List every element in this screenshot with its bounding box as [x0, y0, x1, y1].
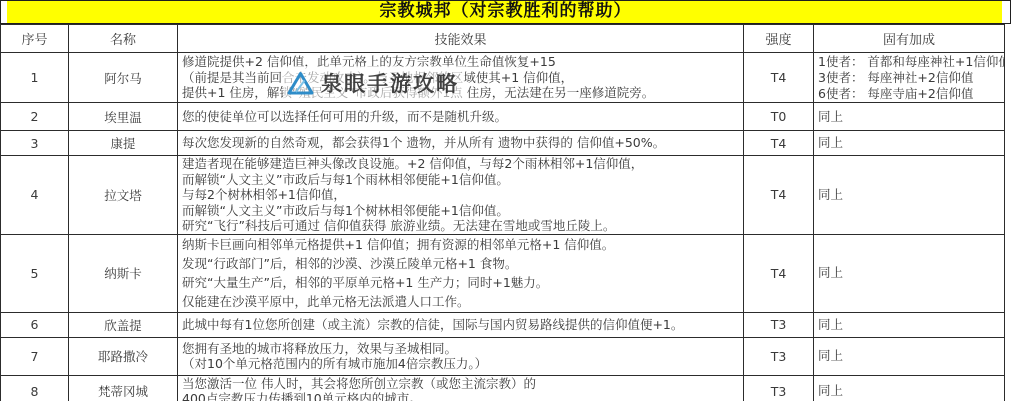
inherent-bonus-cell: 同上	[814, 156, 1005, 235]
city-state-name: 梵蒂冈城	[69, 375, 178, 401]
effect-line: 纳斯卡巨画向相邻单元格提供+1 信仰值；拥有资源的相邻单元格+1 信仰值。	[182, 235, 739, 254]
effect-line: 仅能建在沙漠平原中，此单元格无法派遣人口工作。	[182, 292, 739, 311]
skill-effect-cell: 建造者现在能够建造巨神头像改良设施。+2 信仰值，与每2个雨林相邻+1信仰值， …	[178, 156, 744, 235]
header-row: 序号 名称 技能效果 强度 固有加成	[1, 25, 1005, 53]
city-state-name: 康提	[69, 131, 178, 156]
bonus-line: 3使者： 每座神社+2信仰值	[818, 70, 1000, 86]
effect-line: 研究“飞行”科技后可通过 信仰值获得 旅游业绩。无法建在雪地或雪地丘陵上。	[182, 218, 739, 234]
strength-value: T4	[744, 234, 814, 312]
bonus-line: 1使者： 首都和每座神社+1信仰值	[818, 54, 1000, 70]
strength-value: T4	[744, 53, 814, 103]
strength-value: T0	[744, 103, 814, 131]
city-state-name: 阿尔马	[69, 53, 178, 103]
row-number: 8	[1, 375, 69, 401]
watermark-text: 泉眼手游攻略	[321, 68, 459, 98]
inherent-bonus-cell: 同上	[814, 234, 1005, 312]
strength-value: T3	[744, 312, 814, 337]
effect-line: 当您激活一位 伟人时，其会将您所创立宗教（或您主流宗教）的	[182, 376, 739, 392]
table-row: 1 阿尔马 修道院提供+2 信仰值，此单元格上的友方宗教单位生命值恢复+15 （…	[1, 53, 1005, 103]
col-header-effect: 技能效果	[178, 25, 744, 53]
effect-line: 每次您发现新的自然奇观，都会获得1个 遗物，并从所有 遗物中获得的 信仰值+50…	[182, 135, 739, 151]
city-state-name: 埃里温	[69, 103, 178, 131]
row-number: 2	[1, 103, 69, 131]
strength-value: T4	[744, 131, 814, 156]
inherent-bonus-cell: 同上	[814, 131, 1005, 156]
effect-line: 400点宗教压力传播到10单元格内的城市。	[182, 391, 739, 401]
bonus-line: 同上	[818, 135, 1000, 151]
skill-effect-cell: 纳斯卡巨画向相邻单元格提供+1 信仰值；拥有资源的相邻单元格+1 信仰值。 发现…	[178, 234, 744, 312]
bonus-line: 同上	[818, 317, 1000, 333]
city-state-name: 欣盖提	[69, 312, 178, 337]
skill-effect-cell: 您拥有圣地的城市将释放压力，效果与圣城相同。 （对10个单元格范围内的所有城市施…	[178, 337, 744, 375]
bonus-line: 6使者： 每座寺庙+2信仰值	[818, 86, 1000, 102]
skill-effect-cell: 您的使徒单位可以选择任何可用的升级，而不是随机升级。	[178, 103, 744, 131]
effect-line: 而解锁“人文主义”市政后与每1个树林相邻便能+1信仰值。	[182, 203, 739, 219]
inherent-bonus-cell: 1使者： 首都和每座神社+1信仰值 3使者： 每座神社+2信仰值 6使者： 每座…	[814, 53, 1005, 103]
inherent-bonus-cell: 同上	[814, 337, 1005, 375]
col-header-no: 序号	[1, 25, 69, 53]
skill-effect-cell: 每次您发现新的自然奇观，都会获得1个 遗物，并从所有 遗物中获得的 信仰值+50…	[178, 131, 744, 156]
inherent-bonus-cell: 同上	[814, 375, 1005, 401]
bonus-line: 同上	[818, 348, 1000, 364]
watermark: 泉眼手游攻略	[283, 66, 465, 100]
effect-line: 此城中每有1位您所创建（或主流）宗教的信徒，国际与国内贸易路线提供的信仰值便+1…	[182, 317, 739, 333]
city-state-table: 序号 名称 技能效果 强度 固有加成 1 阿尔马 修道院提供+2 信仰值，此单元…	[0, 24, 1005, 401]
row-number: 3	[1, 131, 69, 156]
bonus-line: 同上	[818, 109, 1000, 125]
effect-line: 研究“大量生产”后，相邻的平原单元格+1 生产力；同时+1魅力。	[182, 273, 739, 292]
col-header-bonus: 固有加成	[814, 25, 1005, 53]
inherent-bonus-cell: 同上	[814, 312, 1005, 337]
city-state-name: 拉文塔	[69, 156, 178, 235]
effect-line: 您的使徒单位可以选择任何可用的升级，而不是随机升级。	[182, 109, 739, 125]
bonus-line: 同上	[818, 265, 1000, 281]
skill-effect-cell: 此城中每有1位您所创建（或主流）宗教的信徒，国际与国内贸易路线提供的信仰值便+1…	[178, 312, 744, 337]
row-number: 4	[1, 156, 69, 235]
effect-line: 与每2个树林相邻+1信仰值，	[182, 187, 739, 203]
strength-value: T4	[744, 156, 814, 235]
col-header-name: 名称	[69, 25, 178, 53]
table-row: 7 耶路撒冷 您拥有圣地的城市将释放压力，效果与圣城相同。 （对10个单元格范围…	[1, 337, 1005, 375]
col-header-strength: 强度	[744, 25, 814, 53]
page-title: 宗教城邦（对宗教胜利的帮助）	[0, 0, 1011, 24]
table-row: 4 拉文塔 建造者现在能够建造巨神头像改良设施。+2 信仰值，与每2个雨林相邻+…	[1, 156, 1005, 235]
row-number: 5	[1, 234, 69, 312]
city-state-name: 耶路撒冷	[69, 337, 178, 375]
skill-effect-cell: 当您激活一位 伟人时，其会将您所创立宗教（或您主流宗教）的 400点宗教压力传播…	[178, 375, 744, 401]
table-row: 5 纳斯卡 纳斯卡巨画向相邻单元格提供+1 信仰值；拥有资源的相邻单元格+1 信…	[1, 234, 1005, 312]
bonus-line: 同上	[818, 383, 1000, 399]
strength-value: T3	[744, 375, 814, 401]
table-row: 6 欣盖提 此城中每有1位您所创建（或主流）宗教的信徒，国际与国内贸易路线提供的…	[1, 312, 1005, 337]
effect-line: （对10个单元格范围内的所有城市施加4倍宗教压力。）	[182, 356, 739, 372]
bonus-line: 同上	[818, 187, 1000, 203]
strength-value: T3	[744, 337, 814, 375]
table-row: 3 康提 每次您发现新的自然奇观，都会获得1个 遗物，并从所有 遗物中获得的 信…	[1, 131, 1005, 156]
row-number: 6	[1, 312, 69, 337]
table-row: 8 梵蒂冈城 当您激活一位 伟人时，其会将您所创立宗教（或您主流宗教）的 400…	[1, 375, 1005, 401]
watermark-triangle-logo-icon	[287, 71, 314, 96]
effect-line: 发现“行政部门”后，相邻的沙漠、沙漠丘陵单元格+1 食物。	[182, 254, 739, 273]
effect-line: 而解锁“人文主义”市政后与每1个雨林相邻便能+1信仰值。	[182, 172, 739, 188]
row-number: 1	[1, 53, 69, 103]
effect-line: 您拥有圣地的城市将释放压力，效果与圣城相同。	[182, 341, 739, 357]
inherent-bonus-cell: 同上	[814, 103, 1005, 131]
effect-line: 建造者现在能够建造巨神头像改良设施。+2 信仰值，与每2个雨林相邻+1信仰值，	[182, 156, 739, 172]
row-number: 7	[1, 337, 69, 375]
table-row: 2 埃里温 您的使徒单位可以选择任何可用的升级，而不是随机升级。 T0 同上	[1, 103, 1005, 131]
city-state-name: 纳斯卡	[69, 234, 178, 312]
